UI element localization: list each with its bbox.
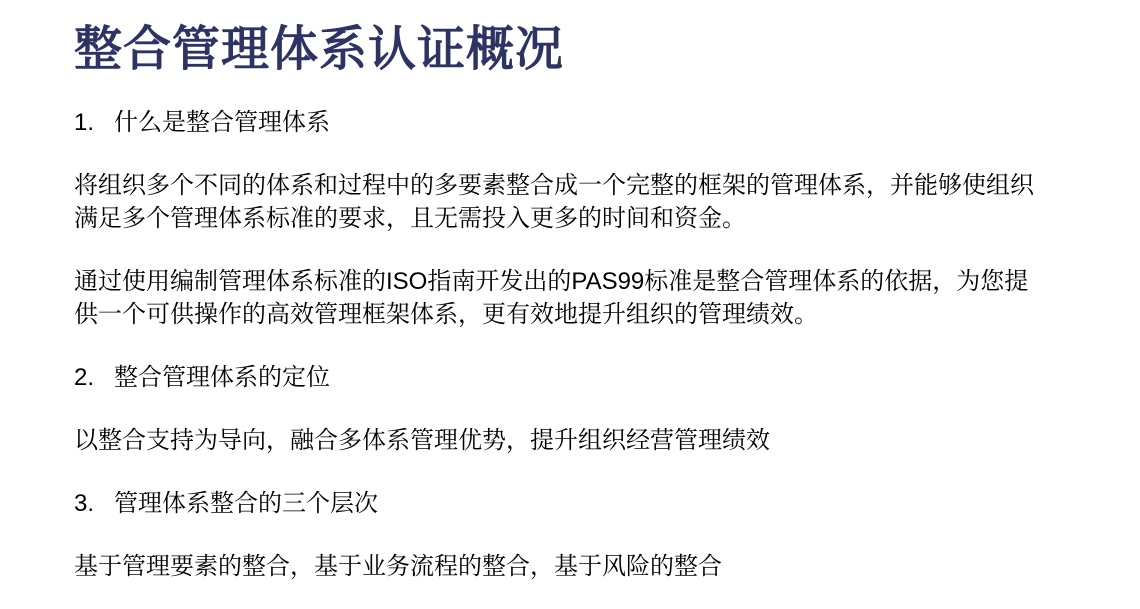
section-3-paragraph-1: 基于管理要素的整合，基于业务流程的整合，基于风险的整合: [74, 550, 1049, 583]
section-2-heading-text: 整合管理体系的定位: [114, 364, 330, 391]
section-1-paragraph-2: 通过使用编制管理体系标准的ISO指南开发出的PAS99标准是整合管理体系的依据，…: [74, 265, 1049, 331]
section-3-heading: 3.管理体系整合的三个层次: [74, 487, 1080, 520]
section-1-paragraph-1: 将组织多个不同的体系和过程中的多要素整合成一个完整的框架的管理体系，并能够使组织…: [74, 169, 1049, 235]
section-what-is-ims: 1.什么是整合管理体系 将组织多个不同的体系和过程中的多要素整合成一个完整的框架…: [74, 106, 1080, 331]
section-3-heading-text: 管理体系整合的三个层次: [114, 490, 378, 517]
section-ims-positioning: 2.整合管理体系的定位 以整合支持为导向，融合多体系管理优势，提升组织经营管理绩…: [74, 361, 1080, 457]
document-page: 整合管理体系认证概况 1.什么是整合管理体系 将组织多个不同的体系和过程中的多要…: [0, 0, 1140, 609]
section-3-number: 3.: [74, 487, 114, 520]
section-1-number: 1.: [74, 106, 114, 139]
section-1-heading: 1.什么是整合管理体系: [74, 106, 1080, 139]
page-title: 整合管理体系认证概况: [74, 22, 1080, 78]
section-2-paragraph-1: 以整合支持为导向，融合多体系管理优势，提升组织经营管理绩效: [74, 424, 1049, 457]
section-three-levels: 3.管理体系整合的三个层次 基于管理要素的整合，基于业务流程的整合，基于风险的整…: [74, 487, 1080, 583]
section-1-heading-text: 什么是整合管理体系: [114, 109, 330, 136]
section-2-number: 2.: [74, 361, 114, 394]
section-2-heading: 2.整合管理体系的定位: [74, 361, 1080, 394]
